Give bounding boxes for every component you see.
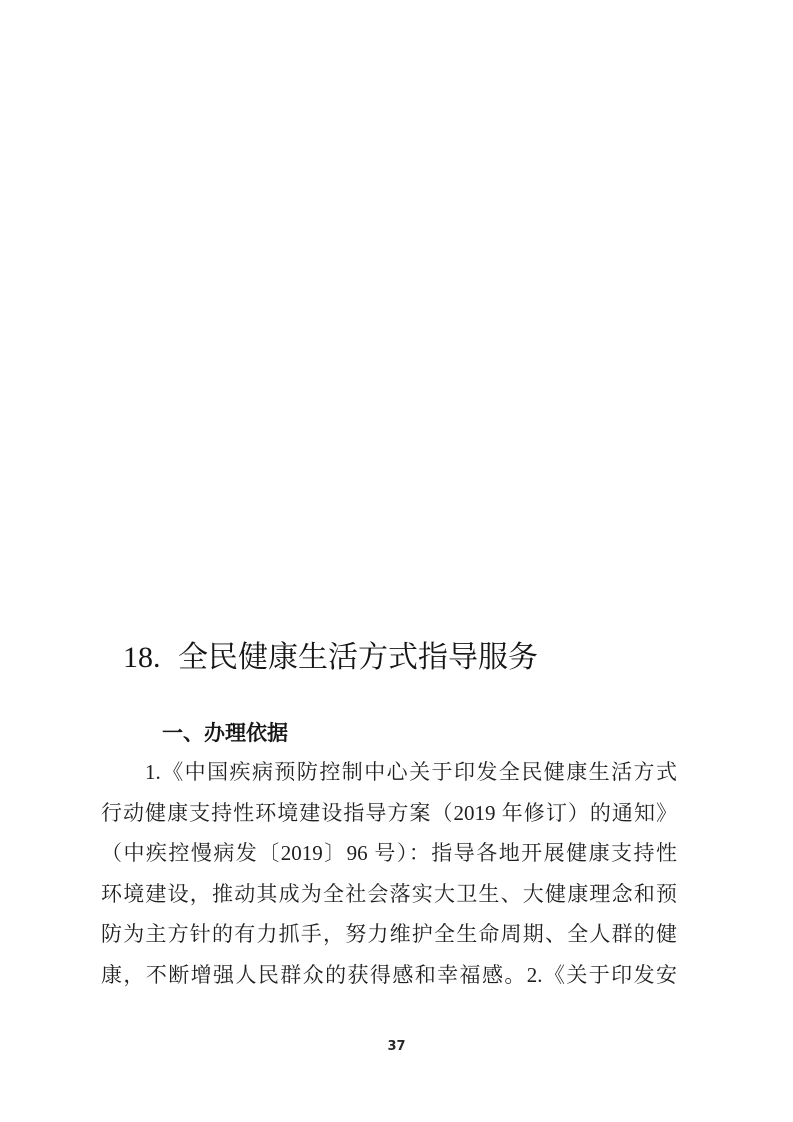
paragraph-line: 行动健康支持性环境建设指导方案（2019 年修订）的通知》 [101,793,677,834]
chapter-title: 全民健康生活方式指导服务 [178,641,538,674]
paragraph-line: 1.《中国疾病预防控制中心关于印发全民健康生活方式 [101,752,677,793]
paragraph-line: 防为主方针的有力抓手，努力维护全生命周期、全人群的健 [101,914,677,955]
chapter-number: 18. [123,640,178,676]
page-number: 37 [0,1039,793,1054]
document-page: 18.全民健康生活方式指导服务 一、办理依据 1.《中国疾病预防控制中心关于印发… [0,0,793,1122]
section-heading: 一、办理依据 [162,719,288,749]
paragraph-line: 环境建设，推动其成为全社会落实大卫生、大健康理念和预 [101,874,677,915]
body-paragraph: 1.《中国疾病预防控制中心关于印发全民健康生活方式 行动健康支持性环境建设指导方… [101,752,677,995]
paragraph-line: （中疾控慢病发〔2019〕96 号）：指导各地开展健康支持性 [101,833,677,874]
paragraph-line: 康，不断增强人民群众的获得感和幸福感。2.《关于印发安 [101,955,677,996]
chapter-heading: 18.全民健康生活方式指导服务 [123,640,538,676]
